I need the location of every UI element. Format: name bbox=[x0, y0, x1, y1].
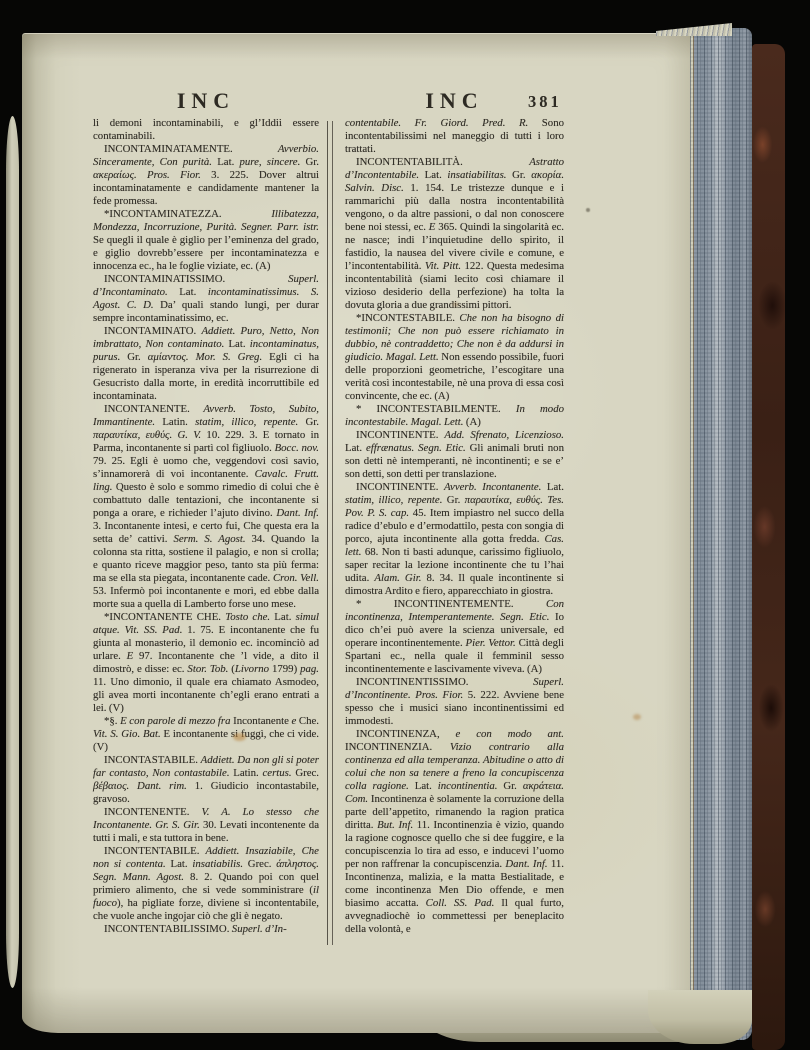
dictionary-entry: *§. E con parole di mezzo fra Incontanen… bbox=[93, 715, 319, 754]
dictionary-entry: *INCONTAMINATEZZA. Illibatezza, Mondezza… bbox=[93, 208, 319, 273]
book-cover-edge bbox=[752, 44, 785, 1050]
dictionary-entry: INCONTINENTE. Add. Sfrenato, Licenzioso.… bbox=[345, 429, 564, 481]
dictionary-entry: INCONTAMINATAMENTE. Avverbio. Sinceramen… bbox=[93, 143, 319, 208]
dictionary-entry: INCONTENTABILE. Addiett. Insaziabile, Ch… bbox=[93, 845, 319, 923]
facing-page-edge bbox=[6, 116, 19, 988]
text-column-right: contentabile. Fr. Giord. Pred. R. Sono i… bbox=[345, 117, 564, 936]
dictionary-entry: * INCONTINENTEMENTE. Con incontinenza, I… bbox=[345, 598, 564, 676]
dictionary-entry: contentabile. Fr. Giord. Pred. R. Sono i… bbox=[345, 117, 564, 156]
dictionary-entry: INCONTENTABILITÀ. Astratto d’Incontentab… bbox=[345, 156, 564, 312]
dictionary-entry: * INCONTESTABILMENTE. In modo incontesta… bbox=[345, 403, 564, 429]
dictionary-entry: INCONTANENTE. Avverb. Tosto, Subito, Imm… bbox=[93, 403, 319, 611]
dictionary-entry: INCONTAMINATO. Addiett. Puro, Netto, Non… bbox=[93, 325, 319, 403]
column-divider-rule bbox=[327, 121, 333, 945]
dictionary-entry: INCONTINENZA, e con modo ant. INCONTINEN… bbox=[345, 728, 564, 936]
dictionary-entry: INCONTINENTISSIMO. Superl. d’Incontinent… bbox=[345, 676, 564, 728]
foxing-spot bbox=[633, 714, 641, 720]
dictionary-entry: INCONTASTABILE. Addiett. Da non gli si p… bbox=[93, 754, 319, 806]
scanned-book-photo: INC INC 381 li demoni incontaminabili, e… bbox=[0, 0, 810, 1050]
book-fore-edge bbox=[690, 28, 752, 1040]
foxing-spot bbox=[586, 208, 590, 212]
dictionary-entry: INCONTENENTE. V. A. Lo stesso che Incont… bbox=[93, 806, 319, 845]
dictionary-entry: INCONTENTABILISSIMO. Superl. d’In- bbox=[93, 923, 319, 936]
dictionary-entry: *INCONTESTABILE. Che non ha bisogno di t… bbox=[345, 312, 564, 403]
dictionary-entry: INCONTAMINATISSIMO. Superl. d’Incontamin… bbox=[93, 273, 319, 325]
page-number: 381 bbox=[528, 92, 562, 112]
foxing-spot bbox=[452, 302, 459, 307]
foxing-spot bbox=[233, 733, 246, 741]
dictionary-entry: INCONTINENTE. Avverb. Incontanente. Lat.… bbox=[345, 481, 564, 598]
running-head-left: INC bbox=[93, 88, 319, 114]
dictionary-entry: *INCONTANENTE CHE. Tosto che. Lat. simul… bbox=[93, 611, 319, 715]
text-column-left: li demoni incontaminabili, e gl’Iddii es… bbox=[93, 117, 319, 936]
dictionary-entry: li demoni incontaminabili, e gl’Iddii es… bbox=[93, 117, 319, 143]
